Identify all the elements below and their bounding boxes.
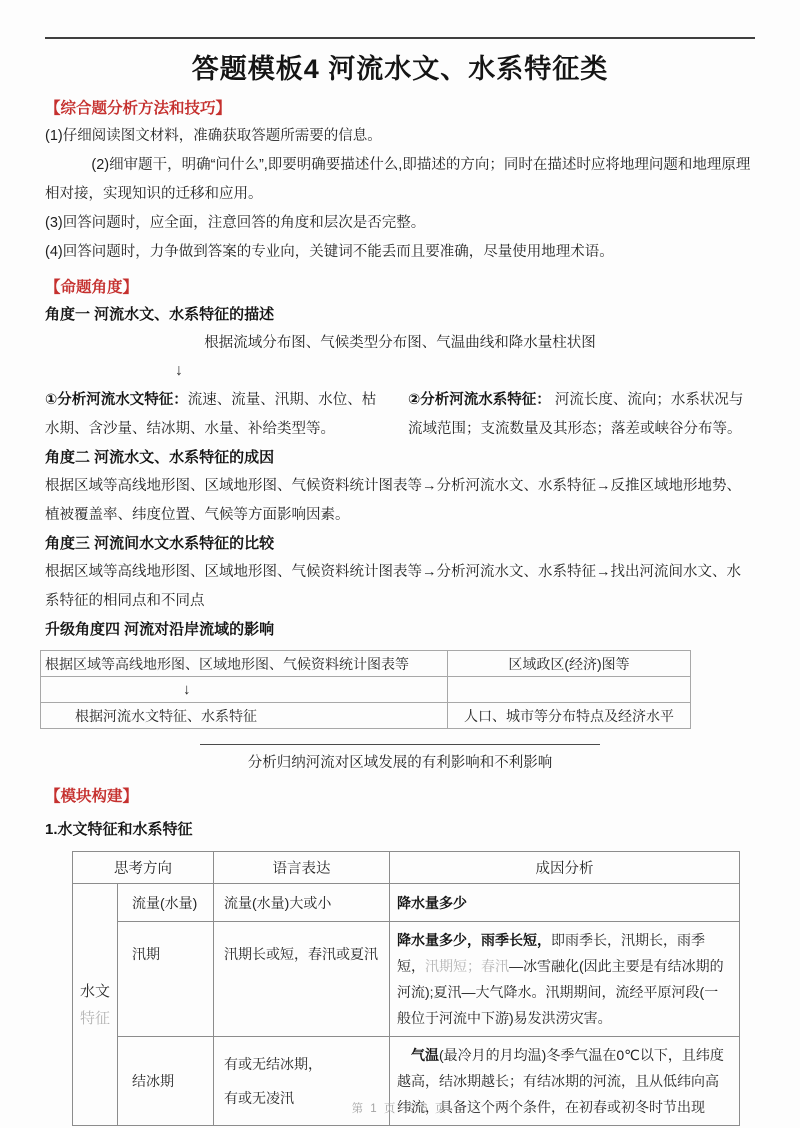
method-item-1: (1)仔细阅读图文材料，准确获取答题所需要的信息。	[45, 122, 755, 151]
table-header-row: 思考方向 语言表达 成因分析	[73, 852, 740, 884]
method-item-4: (4)回答问题时，力争做到答案的专业向，关键词不能丢而且要准确，尽量使用地理术语…	[45, 238, 755, 267]
document-page: 答题模板4 河流水文、水系特征类 【综合题分析方法和技巧】 (1)仔细阅读图文材…	[0, 0, 800, 1128]
header-expression: 语言表达	[214, 852, 390, 884]
ice-expression-line1: 有或无结冰期，	[224, 1056, 322, 1072]
flow-r1c1: 根据区域等高线地形图、区域地形图、气候资料统计图表等	[41, 651, 448, 677]
angle3-title: 角度三 河流间水文水系特征的比较	[45, 530, 755, 558]
table-row: ↓	[41, 677, 691, 703]
flood-cause-bold: 降水量多少，雨季长短，	[397, 932, 551, 948]
system-feature-text: ②分析河流水系特征： 河流长度、流向；水系状况与流域范围；支流数量及其形态；落差…	[408, 386, 755, 444]
page-number: 第 1 页 共 6 页	[0, 1100, 800, 1116]
group-label-black: 水文	[73, 978, 117, 1005]
angle2-title: 角度二 河流水文、水系特征的成因	[45, 444, 755, 472]
angle4-title: 升级角度四 河流对沿岸流域的影响	[45, 616, 755, 644]
angle3-text: 根据区域等高线地形图、区域地形图、气候资料统计图表等→分析河流水文、水系特征→找…	[45, 558, 755, 616]
flow-direction: 流量(水量)	[118, 884, 214, 922]
ice-cause-bold: 气温	[411, 1047, 439, 1063]
angle1-title: 角度一 河流水文、水系特征的描述	[45, 301, 755, 329]
section-heading-methods: 【综合题分析方法和技巧】	[45, 96, 755, 122]
feature-table: 思考方向 语言表达 成因分析 水文 特征 流量(水量) 流量(水量)大或小 降水…	[72, 851, 740, 1126]
down-arrow-icon: ↓	[175, 357, 755, 384]
flood-expression: 汛期长或短，春汛或夏汛	[214, 922, 390, 1037]
flow-r3c2: 人口、城市等分布特点及经济水平	[448, 703, 691, 729]
header-direction: 思考方向	[73, 852, 214, 884]
flow-r3c1: 根据河流水文特征、水系特征	[41, 703, 448, 729]
angle1-source: 根据流域分布图、气候类型分布图、气温曲线和降水量柱状图	[45, 329, 755, 357]
flood-direction: 汛期	[118, 922, 214, 1037]
section-heading-angles: 【命题角度】	[45, 275, 755, 301]
section-heading-modules: 【模块构建】	[45, 784, 755, 810]
page-title: 答题模板4 河流水文、水系特征类	[45, 50, 755, 88]
angle2-text: 根据区域等高线地形图、区域地形图、气候资料统计图表等→分析河流水文、水系特征→反…	[45, 472, 755, 530]
angle1-columns: ①分析河流水文特征：流速、流量、汛期、水位、枯水期、含沙量、结冰期、水量、补给类…	[45, 386, 755, 444]
table-row-flow: 水文 特征 流量(水量) 流量(水量)大或小 降水量多少	[73, 884, 740, 922]
table-row: 根据河流水文特征、水系特征 人口、城市等分布特点及经济水平	[41, 703, 691, 729]
horizontal-rule	[200, 744, 600, 745]
hydro-feature-label: ①分析河流水文特征：	[45, 392, 188, 408]
method-item-2: (2)细审题干，明确“问什么”,即要明确要描述什么,即描述的方向；同时在描述时应…	[45, 151, 755, 209]
flood-cause-gray: 汛期短；春汛	[425, 958, 509, 974]
flow-expression: 流量(水量)大或小	[214, 884, 390, 922]
angle4-conclusion: 分析归纳河流对区域发展的有利影响和不利影响	[45, 750, 755, 776]
hydro-feature-column: ①分析河流水文特征：流速、流量、汛期、水位、枯水期、含沙量、结冰期、水量、补给类…	[45, 386, 388, 444]
flow-cause: 降水量多少	[390, 884, 740, 922]
method-item-3: (3)回答问题时，应全面，注意回答的角度和层次是否完整。	[45, 209, 755, 238]
down-arrow-icon: ↓	[41, 677, 448, 703]
header-cause: 成因分析	[390, 852, 740, 884]
top-rule	[45, 37, 755, 39]
group-label-gray: 特征	[73, 1005, 117, 1032]
flow-r2c2-empty	[448, 677, 691, 703]
flow-r1c2: 区域政区(经济)图等	[448, 651, 691, 677]
flood-cause: 降水量多少，雨季长短，即雨季长，汛期长，雨季短，汛期短；春汛—冰雪融化(因此主要…	[390, 922, 740, 1037]
system-feature-label: ②分析河流水系特征：	[408, 392, 551, 408]
angle4-flow-table: 根据区域等高线地形图、区域地形图、气候资料统计图表等 区域政区(经济)图等 ↓ …	[40, 650, 691, 729]
table-row: 根据区域等高线地形图、区域地形图、气候资料统计图表等 区域政区(经济)图等	[41, 651, 691, 677]
system-feature-column: ②分析河流水系特征： 河流长度、流向；水系状况与流域范围；支流数量及其形态；落差…	[408, 386, 755, 444]
modules-subtitle: 1.水文特征和水系特征	[45, 816, 755, 844]
table-row-flood: 汛期 汛期长或短，春汛或夏汛 降水量多少，雨季长短，即雨季长，汛期长，雨季短，汛…	[73, 922, 740, 1037]
hydro-feature-text: ①分析河流水文特征：流速、流量、汛期、水位、枯水期、含沙量、结冰期、水量、补给类…	[45, 386, 388, 444]
group-label-hydro-features: 水文 特征	[73, 884, 118, 1126]
